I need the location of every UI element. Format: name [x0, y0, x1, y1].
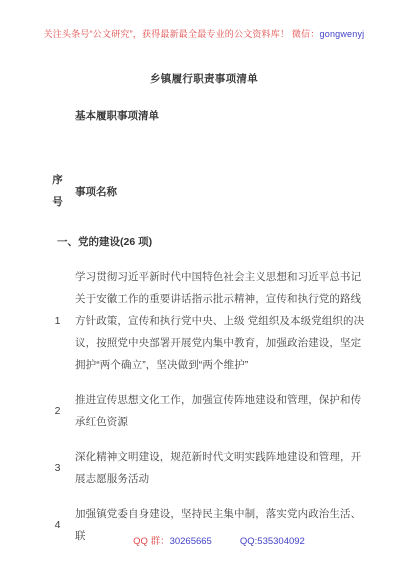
table-row: 2 推进宣传思想文化工作，加强宣传阵地建设和管理，保护和传承红色资源 — [40, 389, 370, 433]
wechat-id: gongwenyj — [320, 29, 365, 39]
qq-group-label: QQ 群： — [133, 536, 169, 547]
wechat-label: 微信： — [289, 29, 319, 39]
col-header-index: 序号 — [40, 169, 75, 213]
table-row: 1 学习贯彻习近平新时代中国特色社会主义思想和习近平总书记关于安徽工作的重要讲话… — [40, 266, 370, 376]
footer-contact: QQ 群：30265665QQ:535304092 — [0, 533, 408, 547]
duties-table: 序号 事项名称 一、党的建设(26 项) 1 学习贯彻习近平新时代中国特色社会主… — [40, 169, 370, 547]
duty-number: 2 — [40, 405, 75, 417]
duty-text: 学习贯彻习近平新时代中国特色社会主义思想和习近平总书记关于安徽工作的重要讲话指示… — [75, 266, 370, 376]
qq-label: QQ: — [240, 536, 257, 547]
duty-text: 深化精神文明建设，规范新时代文明实践阵地建设和管理，开展志愿服务活动 — [75, 446, 370, 490]
duty-text: 推进宣传思想文化工作，加强宣传阵地建设和管理，保护和传承红色资源 — [75, 389, 370, 433]
page-title: 乡镇履行职责事项清单 — [0, 71, 408, 86]
section-heading: 一、党的建设(26 项) — [57, 231, 370, 253]
table-row: 3 深化精神文明建设，规范新时代文明实践阵地建设和管理，开展志愿服务活动 — [40, 446, 370, 490]
document-page: 关注头条号“公文研究”，获得最新最全最专业的公文资料库！ 微信：gongweny… — [0, 0, 408, 580]
section-subtitle: 基本履职事项清单 — [75, 108, 408, 123]
promo-banner: 关注头条号“公文研究”，获得最新最全最专业的公文资料库！ 微信：gongweny… — [0, 27, 408, 40]
duty-number: 1 — [40, 315, 75, 327]
col-header-name: 事项名称 — [75, 184, 370, 199]
qq-number: 535304092 — [257, 536, 305, 547]
duty-number: 3 — [40, 462, 75, 474]
duty-number: 4 — [40, 519, 75, 531]
col-header-index-label: 序号 — [52, 169, 64, 213]
table-header-row: 序号 事项名称 — [40, 169, 370, 213]
promo-text: 关注头条号“公文研究”，获得最新最全最专业的公文资料库！ — [44, 29, 290, 39]
qq-group-number: 30265665 — [170, 536, 212, 547]
